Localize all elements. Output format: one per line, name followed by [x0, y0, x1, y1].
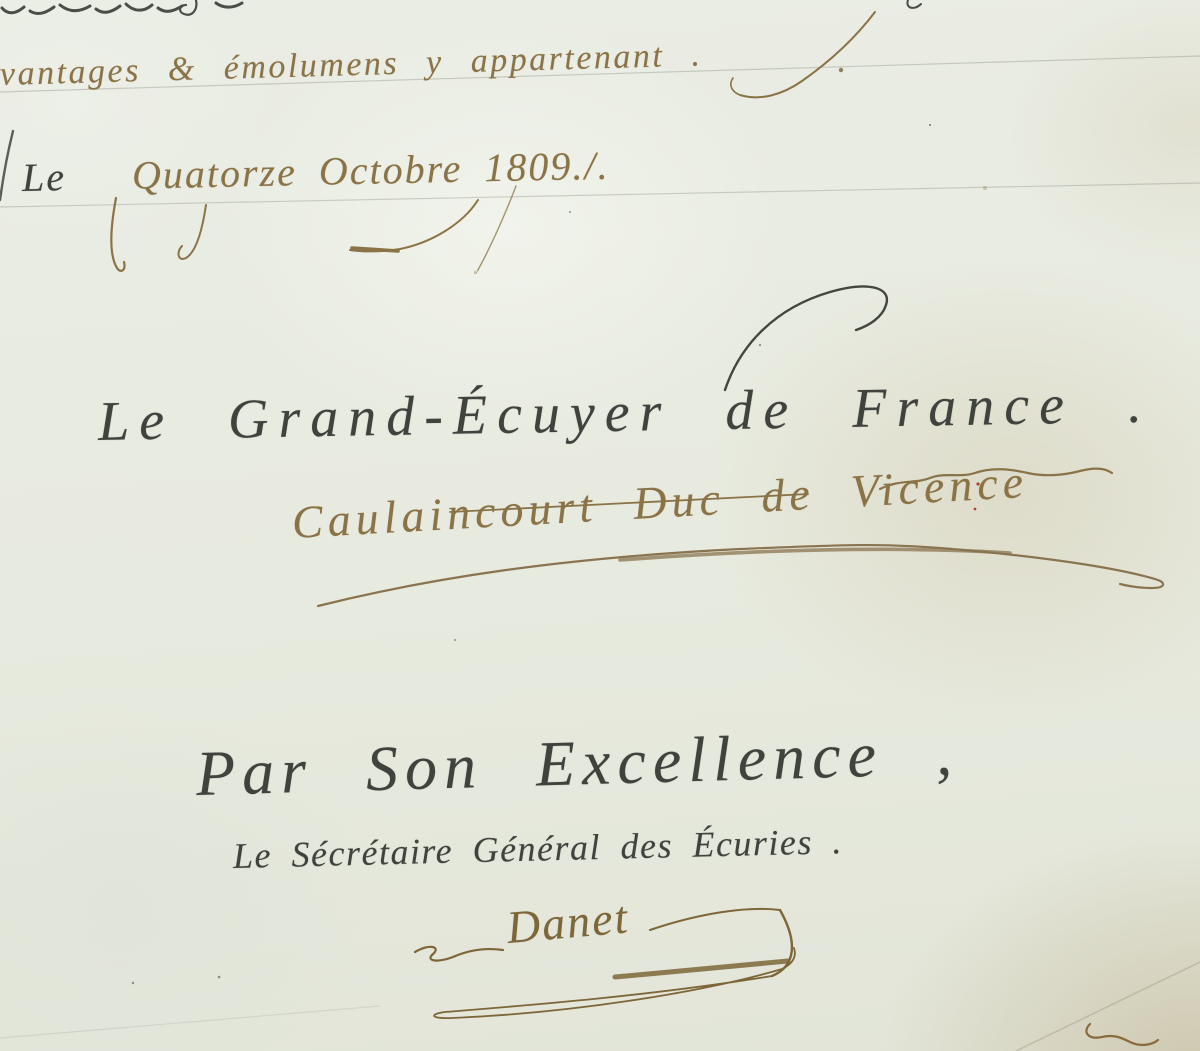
signature-underline-arc — [318, 545, 1163, 606]
paper-crease-line — [1016, 962, 1200, 1051]
secretary-signature: Danet — [505, 894, 631, 950]
date-line-prefix: Le — [22, 154, 67, 200]
date-separator — [88, 153, 111, 198]
france-swash — [725, 286, 887, 390]
margin-slash-stroke — [0, 131, 13, 200]
date-line-flourishes — [111, 186, 516, 274]
corner-ink-fragment — [0, 962, 1200, 1051]
ink-fragment-stroke — [1086, 1024, 1158, 1045]
paper-crease-line-left — [0, 1006, 380, 1038]
manuscript-photo: vantages & émolumens y appartenant . Le … — [0, 0, 1200, 1051]
clipped-text-fragment — [2, 0, 921, 15]
appartenant-swash — [731, 12, 875, 97]
